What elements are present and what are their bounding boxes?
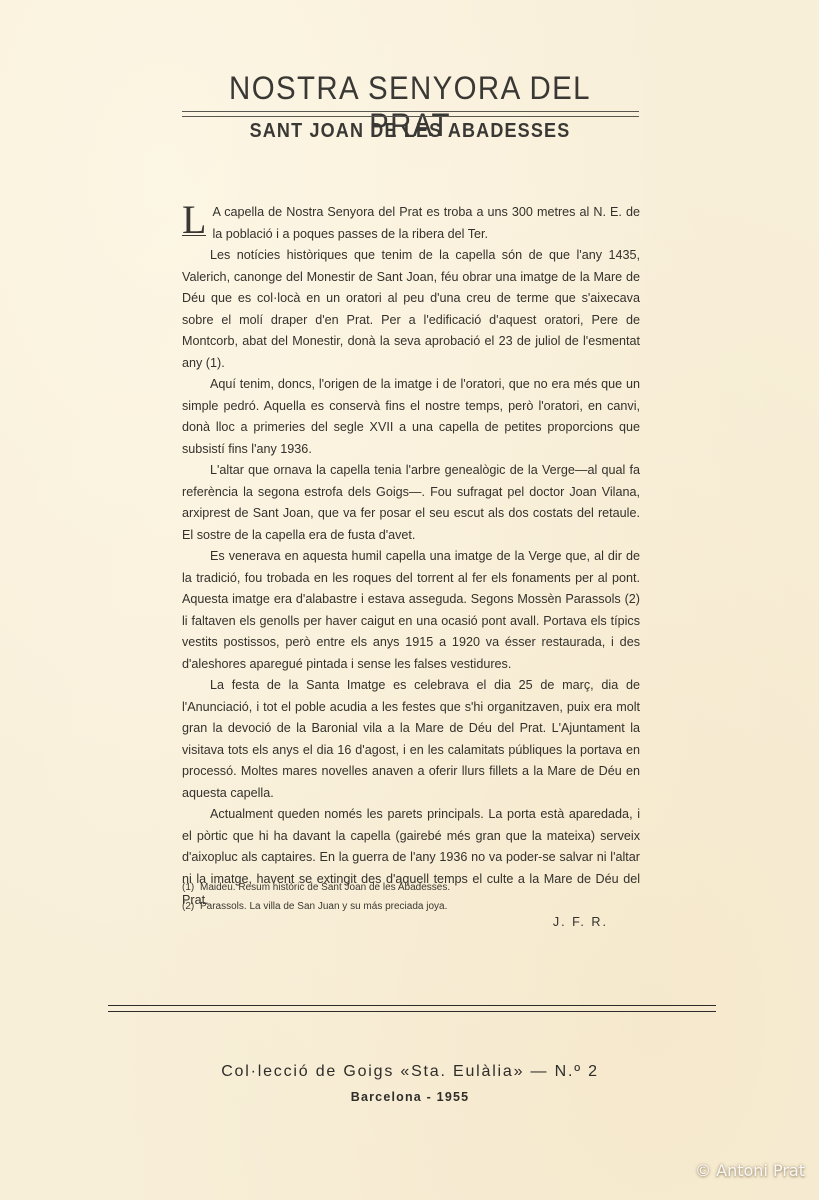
footnote-2: (2) Parassols. La villa de San Juan y su… (182, 897, 582, 916)
place-date: Barcelona - 1955 (100, 1090, 720, 1104)
footnote-number: (1) (182, 878, 200, 897)
article-body: LA capella de Nostra Senyora del Prat es… (182, 202, 640, 933)
collection-line: Col·lecció de Goigs «Sta. Eulàlia» — N.º… (100, 1063, 720, 1081)
footer-double-rule (108, 1005, 716, 1012)
footnote-text: Maideu. Resum històric de Sant Joan de l… (200, 878, 450, 897)
paragraph-2: Les notícies històriques que tenim de la… (182, 245, 640, 374)
drop-cap: L (182, 205, 206, 236)
paragraph-6: La festa de la Santa Imatge es celebrava… (182, 675, 640, 804)
footnotes: (1) Maideu. Resum històric de Sant Joan … (182, 878, 582, 916)
footnote-1: (1) Maideu. Resum històric de Sant Joan … (182, 878, 582, 897)
paragraph-3: Aquí tenim, doncs, l'origen de la imatge… (182, 374, 640, 460)
footnote-text: Parassols. La villa de San Juan y su más… (200, 897, 447, 916)
copyright-watermark: © Antoni Prat (695, 1161, 805, 1180)
paragraph-5: Es venerava en aquesta humil capella una… (182, 546, 640, 675)
paragraph-1: LA capella de Nostra Senyora del Prat es… (182, 202, 640, 245)
title-double-rule (182, 111, 639, 117)
paragraph-4: L'altar que ornava la capella tenia l'ar… (182, 460, 640, 546)
document-subtitle: SANT JOAN DE LES ABADESSES (203, 120, 617, 143)
footnote-number: (2) (182, 897, 200, 916)
document-page: NOSTRA SENYORA DEL PRAT SANT JOAN DE LES… (0, 0, 819, 1200)
